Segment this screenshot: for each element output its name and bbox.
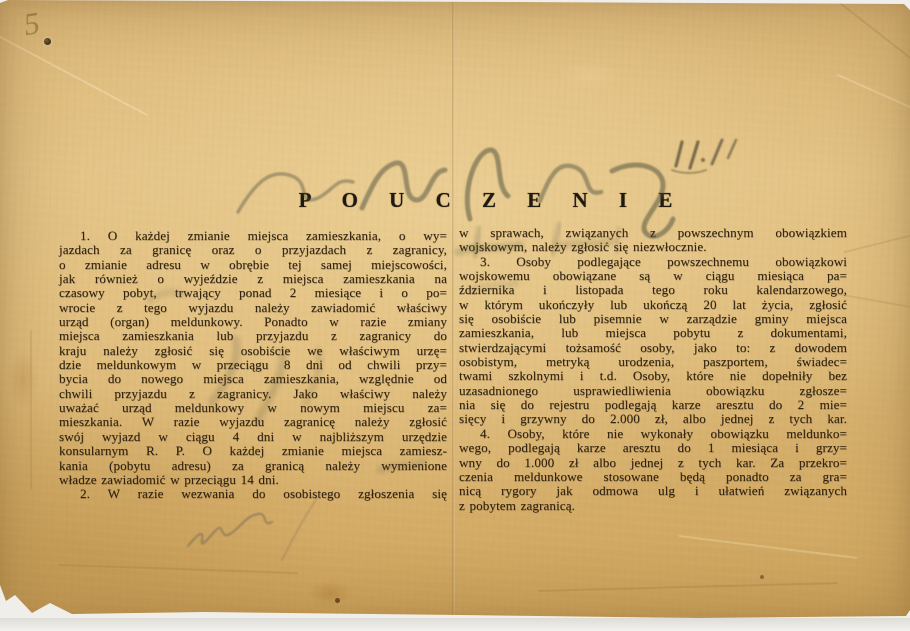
print-line: bycia do nowego miejsca zamieszkania, wz…	[59, 372, 447, 386]
print-line: z pobytem zagranicą.	[459, 499, 847, 513]
center-fold-crease	[452, 0, 455, 624]
print-line: konsularnym R. P. O każdej zmianie miejs…	[59, 444, 447, 458]
print-line: władze zawiadomić w przeciągu 14 dni.	[59, 473, 447, 487]
print-line: uważać urząd meldunkowy w nowym miejscu …	[59, 401, 447, 415]
print-line: 2. W razie wezwania do osobistego zgłosz…	[59, 487, 447, 501]
crease-top-left-fold	[0, 30, 148, 116]
crease-left-edge	[30, 330, 32, 490]
handwritten-corner-numeral: 5	[21, 5, 42, 43]
print-line: kania (pobytu adresu) za granicą należy …	[59, 459, 447, 473]
text-column-left: 1. O każdej zmianie miejsca zamieszkania…	[59, 229, 447, 502]
print-line: w którym ukończyły lub ukończą 20 lat ży…	[459, 298, 847, 312]
crease-top-right	[803, 0, 910, 68]
print-line: twami szkolnymi i t.d. Osoby, które nie …	[459, 369, 847, 383]
print-line: sięcy i grzywny do 2.000 zł, albo jednej…	[459, 412, 847, 426]
print-line: wojskowym, należy zgłosić się niezwłoczn…	[459, 240, 847, 254]
print-line: się osobiście lub pisemnie w zarządzie g…	[459, 312, 847, 326]
print-line: o zmianie adresu w obrębie tej samej mie…	[59, 258, 447, 272]
print-line: wny do 1.000 zł albo jednej z tych kar. …	[459, 456, 847, 470]
print-line: czasowy pobyt, trwający ponad 2 miesiące…	[59, 286, 447, 300]
stain-left-mid	[8, 350, 38, 410]
print-line: kraju należy zgłosić się osobiście we wł…	[59, 344, 447, 358]
print-line: jak również o wyjeździe z miejsca zamies…	[59, 272, 447, 286]
speck-bottom-center	[335, 598, 340, 603]
print-line: nicą rygory jak odmowa ulg i ułatwień zw…	[459, 484, 847, 498]
paper-sheet: P O U C Z E N I E 1. O każdej zmianie mi…	[0, 0, 910, 624]
speck-right	[760, 575, 764, 579]
print-line: osobistym, metryką urodzenia, paszportem…	[459, 355, 847, 369]
print-line: urząd (organ) meldunkowy. Ponadto w razi…	[59, 315, 447, 329]
stain-top-center	[560, 60, 620, 90]
crease-bottom-right	[679, 535, 858, 559]
document-title: P O U C Z E N I E	[299, 188, 686, 213]
print-line: zamieszkania, lub miejsca pobytu z dokum…	[459, 326, 847, 340]
print-line: chwili przyjazdu z zagranicy. Jako właśc…	[59, 387, 447, 401]
text-column-right: w sprawach, związanych z powszechnym obo…	[459, 226, 847, 513]
print-line: 4. Osoby, które nie wykonały obowiązku m…	[459, 427, 847, 441]
print-line: czenia meldunkowe stosowane będą ponadto…	[459, 470, 847, 484]
print-line: jazdach za granicę oraz o przyjazdach z …	[59, 243, 447, 257]
crease-bottom-1	[58, 564, 298, 574]
print-line: mieszkania. W razie wyjazdu zagranicę na…	[59, 415, 447, 429]
print-line: miejsca zamieszkania lub przyjazdu z zag…	[59, 329, 447, 343]
print-line: dzie meldunkowym w przeciągu 8 dni od ch…	[59, 358, 447, 372]
print-line: swój wyjazd w ciągu 4 dni w najbliższym …	[59, 430, 447, 444]
print-line: stwierdzającymi tożsamość osoby, jako to…	[459, 341, 847, 355]
print-line: ździernika i listopada tego roku kalenda…	[459, 283, 847, 297]
print-line: wojskowemu obowiązane są w ciągu miesiąc…	[459, 269, 847, 283]
print-line: nia się do rejestru podlegają karze ares…	[459, 398, 847, 412]
print-line: 3. Osoby podlegające powszechnemu obowią…	[459, 255, 847, 269]
print-line: wego, podlegają karze aresztu do 1 miesi…	[459, 441, 847, 455]
scanner-backdrop	[0, 618, 910, 631]
print-line: w sprawach, związanych z powszechnym obo…	[459, 226, 847, 240]
print-line: 1. O każdej zmianie miejsca zamieszkania…	[59, 229, 447, 243]
pin-hole	[44, 38, 51, 45]
scanned-document-photo: { "document": { "title": "P O U C Z E N …	[0, 0, 910, 631]
stain-bottom-center	[308, 580, 352, 606]
crease-bottom-2	[538, 582, 838, 592]
crease-top-right-2	[837, 74, 910, 125]
crease-right-1	[843, 225, 910, 254]
print-line: uzasadnionego usprawiedliwienia obowiązk…	[459, 384, 847, 398]
print-line: wrocie z tego wyjazdu należy zawiadomić …	[59, 301, 447, 315]
